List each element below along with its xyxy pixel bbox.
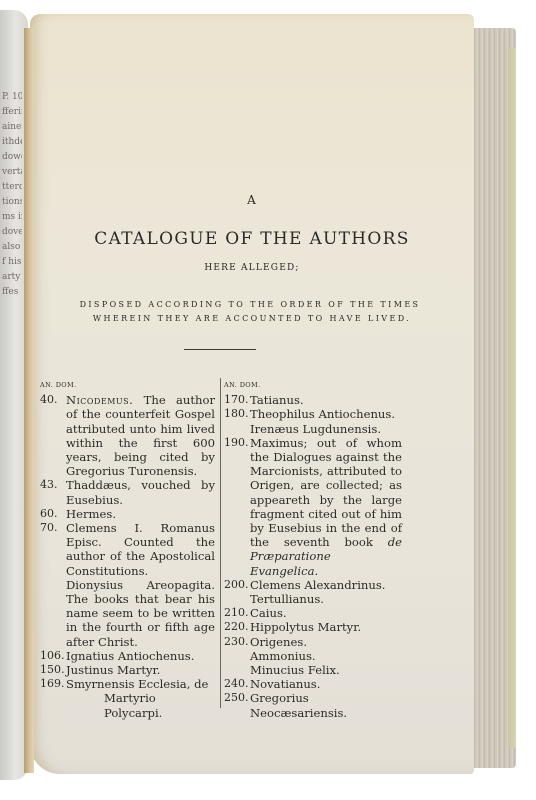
entry-name: Justinus Martyr. <box>66 663 161 677</box>
catalogue-entry: 150. Justinus Martyr. <box>40 663 215 677</box>
entry-year: 169. <box>40 677 65 691</box>
entry-year: 190. <box>224 436 249 450</box>
page-title: CATALOGUE OF THE AUTHORS <box>30 229 474 249</box>
facing-page-line: tions <box>2 195 22 210</box>
entry-year: 250. <box>224 691 249 705</box>
column-divider <box>220 378 221 708</box>
entry-name: Ammonius. <box>250 649 316 663</box>
catalogue-entry: 70. Clemens I. Romanus Episc. Counted th… <box>40 521 215 578</box>
entry-name: Clemens Alexandrinus. <box>250 578 386 592</box>
catalogue-entry: 180. Theophilus Antiochenus. <box>224 407 402 421</box>
column-header: AN. DOM. <box>224 378 402 392</box>
entry-name: Smyrnensis Ecclesia, de <box>66 677 208 691</box>
catalogue-entry: Tertullianus. <box>224 592 402 606</box>
catalogue-entry: 250. Gregorius Neocæsariensis. <box>224 691 402 719</box>
catalogue-entry: 43. Thaddæus, vouched by Eusebius. <box>40 478 215 506</box>
entry-name: Maximus; <box>250 436 307 450</box>
catalogue-entry: 220. Hippolytus Martyr. <box>224 620 402 634</box>
entry-name: Minucius Felix. <box>250 663 340 677</box>
section-rule <box>184 349 256 350</box>
entry-text: The books that bear his name seem to be … <box>66 592 215 649</box>
entry-name: Origenes. <box>250 635 307 649</box>
entry-name: Hippolytus Martyr. <box>250 620 361 634</box>
entry-year: 150. <box>40 663 65 677</box>
catalogue-entry: Dionysius Areopagita. The books that bea… <box>40 578 215 649</box>
facing-page-line: ainethe <box>2 120 22 135</box>
catalogue-entry: 60. Hermes. <box>40 507 215 521</box>
facing-page-line: arty <box>2 270 22 285</box>
catalogue-entry: 106. Ignatius Antiochenus. <box>40 649 215 663</box>
catalogue-entry: 40. Nicodemus. The author of the counter… <box>40 393 215 478</box>
entry-name: Novatianus. <box>250 677 320 691</box>
entry-name: Ignatius Antiochenus. <box>66 649 194 663</box>
facing-page-line: vertain <box>2 165 22 180</box>
entry-year: 240. <box>224 677 249 691</box>
entry-year: 200. <box>224 578 249 592</box>
disposition-line-1: DISPOSED ACCORDING TO THE ORDER OF THE T… <box>26 300 474 309</box>
facing-page-line: P. 10 <box>2 90 22 105</box>
entry-year: 43. <box>40 478 58 492</box>
entry-name: Nicodemus. <box>66 393 133 407</box>
entry-name: Irenæus Lugdunensis. <box>250 422 381 436</box>
catalogue-entry: 169. Smyrnensis Ecclesia, de Martyrio Po… <box>40 677 215 720</box>
entry-name: Gregorius Neocæsariensis. <box>250 691 347 719</box>
facing-page-line: dove- <box>2 225 22 240</box>
catalogue-entry: 200. Clemens Alexandrinus. <box>224 578 402 592</box>
left-column: AN. DOM. 40. Nicodemus. The author of th… <box>40 378 215 720</box>
entry-text: out of whom the Dialogues against the Ma… <box>250 436 402 549</box>
entry-year: 60. <box>40 507 58 521</box>
right-column: AN. DOM. 170. Tatianus. 180. Theophilus … <box>224 378 402 720</box>
entry-name: Tertullianus. <box>250 592 324 606</box>
entry-year: 106. <box>40 649 65 663</box>
page-subtitle: HERE ALLEGED; <box>30 263 474 273</box>
entry-year: 180. <box>224 407 249 421</box>
disposition-line-2: WHEREIN THEY ARE ACCOUNTED TO HAVE LIVED… <box>30 314 474 323</box>
facing-page-line: tterd <box>2 180 22 195</box>
heading-letter: A <box>30 193 474 207</box>
entry-year: 220. <box>224 620 249 634</box>
entry-name: Theophilus Antiochenus. <box>250 407 395 421</box>
entry-year: 40. <box>40 393 58 407</box>
entry-year: 210. <box>224 606 249 620</box>
facing-page-line: ms in <box>2 210 22 225</box>
catalogue-entry: 240. Novatianus. <box>224 677 402 691</box>
catalogue-entry: 230. Origenes. <box>224 635 402 649</box>
facing-page-line: f his <box>2 255 22 270</box>
catalogue-entry: Ammonius. <box>224 649 402 663</box>
catalogue-entry: 210. Caius. <box>224 606 402 620</box>
entry-name: Caius. <box>250 606 287 620</box>
facing-page-line: also <box>2 240 22 255</box>
entry-name: Tatianus. <box>250 393 304 407</box>
facing-page-line: ffes <box>2 285 22 300</box>
entry-name: Dionysius Areopagita. <box>66 578 215 592</box>
entry-continuation: Martyrio Polycarpi. <box>66 691 215 719</box>
catalogue-entry: 190. Maximus; out of whom the Dialogues … <box>224 436 402 578</box>
catalogue-entry: Minucius Felix. <box>224 663 402 677</box>
page-content: A CATALOGUE OF THE AUTHORS HERE ALLEGED;… <box>30 0 474 760</box>
column-header: AN. DOM. <box>40 378 215 392</box>
facing-page-line: dowed <box>2 150 22 165</box>
entry-year: 70. <box>40 521 58 535</box>
entry-year: 170. <box>224 393 249 407</box>
catalogue-entry: 170. Tatianus. <box>224 393 402 407</box>
entry-name: Hermes. <box>66 507 116 521</box>
catalogue-entry: Irenæus Lugdunensis. <box>224 422 402 436</box>
facing-page-line: ffering <box>2 105 22 120</box>
entry-name: Thaddæus, vouched by Eusebius. <box>66 478 215 506</box>
entry-year: 230. <box>224 635 249 649</box>
facing-page-text: P. 10 ffering ainethe ithdelen, dowed ve… <box>2 90 22 300</box>
facing-page-line: ithdelen, <box>2 135 22 150</box>
